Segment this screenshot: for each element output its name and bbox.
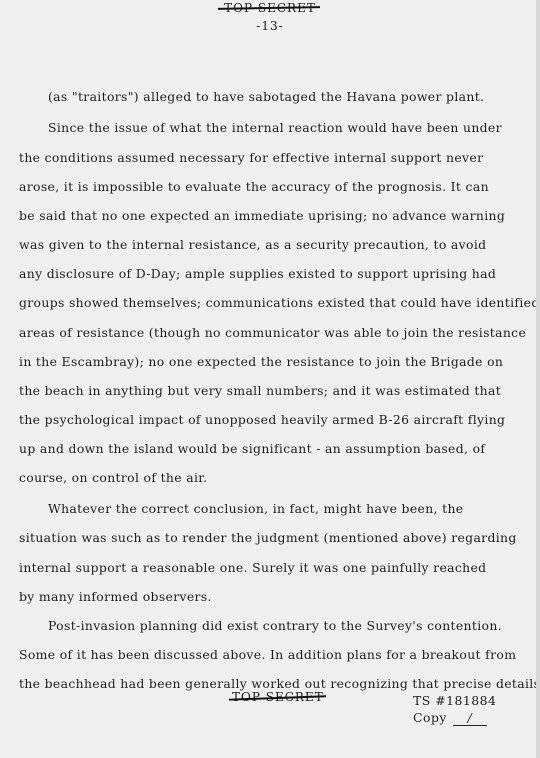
body-line: areas of resistance (though no communica… bbox=[19, 325, 526, 340]
body-line: arose, it is impossible to evaluate the … bbox=[19, 179, 489, 194]
ts-number: TS #181884 bbox=[413, 693, 496, 708]
body-line: the conditions assumed necessary for eff… bbox=[19, 150, 483, 165]
copy-label: Copy bbox=[413, 710, 447, 725]
footer-classification: TOP SECRET bbox=[232, 690, 324, 704]
body-line: Post-invasion planning did exist contrar… bbox=[48, 618, 502, 633]
body-line: the psychological impact of unopposed he… bbox=[19, 412, 505, 427]
body-line: internal support a reasonable one. Surel… bbox=[19, 560, 486, 575]
header-classification-text: TOP SECRET bbox=[224, 1, 316, 15]
header-classification: TOP SECRET bbox=[0, 1, 540, 15]
document-page: TOP SECRET -13- (as "traitors") alleged … bbox=[0, 0, 536, 758]
page-edge bbox=[536, 0, 540, 758]
body-line: any disclosure of D-Day; ample supplies … bbox=[19, 266, 496, 281]
body-line: the beach in anything but very small num… bbox=[19, 383, 501, 398]
copy-field: Copy/ bbox=[413, 710, 487, 726]
body-line: Since the issue of what the internal rea… bbox=[48, 120, 502, 135]
body-line: up and down the island would be signific… bbox=[19, 441, 485, 456]
body-line: situation was such as to render the judg… bbox=[19, 530, 517, 545]
body-line: by many informed observers. bbox=[19, 589, 212, 604]
footer-classification-text: TOP SECRET bbox=[232, 690, 324, 704]
body-line: Some of it has been discussed above. In … bbox=[19, 647, 516, 662]
body-line: was given to the internal resistance, as… bbox=[19, 237, 486, 252]
body-line: Whatever the correct conclusion, in fact… bbox=[48, 501, 463, 516]
copy-number: / bbox=[453, 710, 487, 726]
body-line: (as "traitors") alleged to have sabotage… bbox=[48, 89, 484, 104]
body-line: course, on control of the air. bbox=[19, 470, 207, 485]
body-line: groups showed themselves; communications… bbox=[19, 295, 540, 310]
body-line: in the Escambray); no one expected the r… bbox=[19, 354, 503, 369]
page-number: -13- bbox=[0, 19, 540, 33]
body-line: be said that no one expected an immediat… bbox=[19, 208, 505, 223]
body-line: the beachhead had been generally worked … bbox=[19, 676, 540, 691]
